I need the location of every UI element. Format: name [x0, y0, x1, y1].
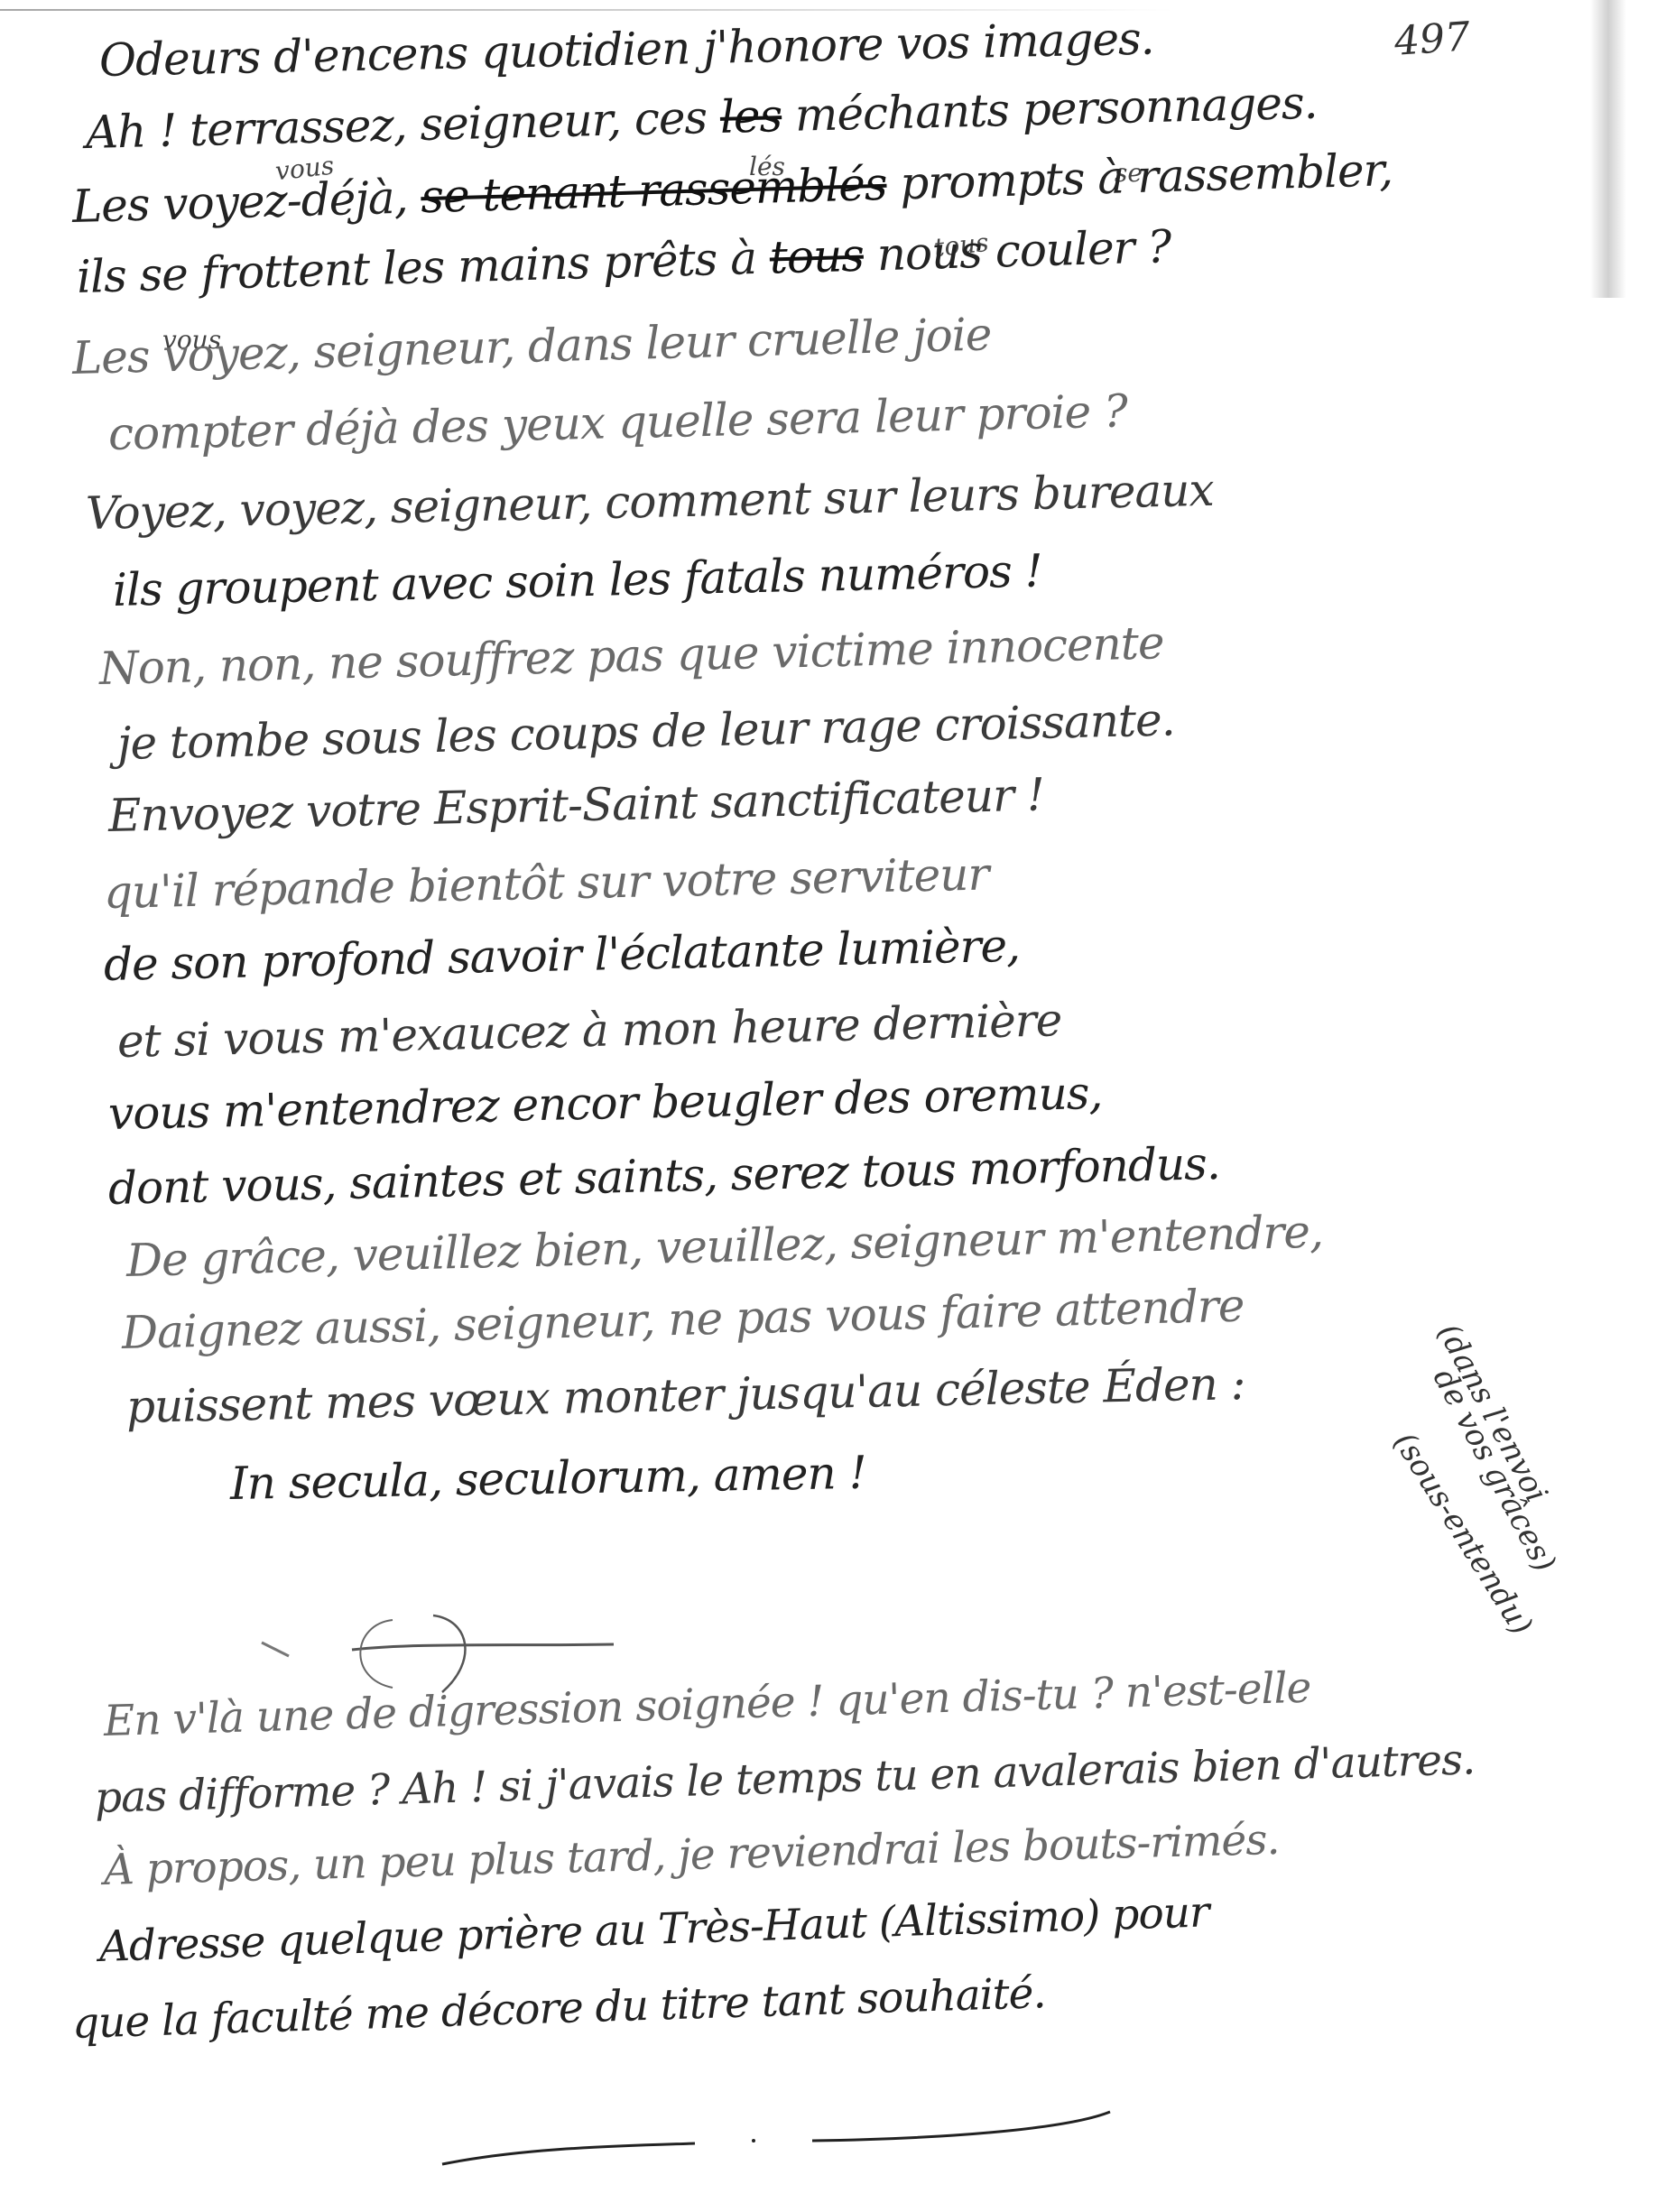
verse-line-16: dont vous, saintes et saints, serez tous… [107, 1137, 1220, 1215]
verse-line-9: Non, non, ne souffrez pas que victime in… [98, 616, 1164, 695]
verse-line-5: Les voyez, seigneur, dans leur cruelle j… [71, 308, 992, 384]
verse-line-7: Voyez, voyez, seigneur, comment sur leur… [85, 464, 1214, 540]
verse-line-8: ils groupent avec soin les fatals numéro… [112, 544, 1042, 616]
verse-line-11: Envoyez votre Esprit-Saint sanctificateu… [107, 768, 1044, 842]
verse-line-13: de son profond savoir l'éclatante lumièr… [103, 920, 1020, 991]
struck-phrase: se tenant rassemblés [421, 158, 888, 223]
prose-line-4: Adresse quelque prière au Très-Haut (Alt… [98, 1887, 1209, 1972]
verse-line-20: In secula, seculorum, amen ! [229, 1447, 866, 1510]
verse-line-15: vous m'entendrez encor beugler des oremu… [107, 1067, 1102, 1140]
closing-rule [433, 2103, 1300, 2175]
struck-word: tous [769, 229, 865, 284]
prose-line-3: À propos, un peu plus tard, je reviendra… [103, 1815, 1280, 1895]
verse-line-4: ils se frottent les mains prêts à tous n… [76, 220, 1171, 303]
struck-word: les [719, 89, 782, 143]
verse-line-18: Daignez aussi, seigneur, ne pas vous fai… [121, 1280, 1245, 1359]
verse-line-1: Odeurs d'encens quotidien j'honore vos i… [98, 13, 1154, 87]
verse-line-17: De grâce, veuillez bien, veuillez, seign… [125, 1206, 1323, 1287]
verse-line-3: Les voyez-déjà, se tenant rassemblés pro… [71, 143, 1393, 233]
scan-shadow [1590, 0, 1626, 298]
paper-edge-rule [0, 9, 1173, 11]
verse-line-10: je tombe sous les coups de leur rage cro… [116, 693, 1175, 770]
prose-line-2: pas difforme ? Ah ! si j'avais le temps … [94, 1735, 1476, 1823]
verse-line-14: et si vous m'exaucez à mon heure dernièr… [116, 994, 1062, 1068]
page-number: 497 [1393, 14, 1471, 65]
verse-line-6: compter déjà des yeux quelle sera leur p… [107, 384, 1127, 460]
verse-line-2: Ah ! terrassez, seigneur, ces les méchan… [85, 77, 1318, 159]
prose-line-5: que la faculté me décore du titre tant s… [71, 1968, 1046, 2049]
verse-line-12: qu'il répande bientôt sur votre serviteu… [103, 847, 988, 919]
verse-line-19: puissent mes vœux monter jusqu'au célest… [125, 1357, 1245, 1433]
